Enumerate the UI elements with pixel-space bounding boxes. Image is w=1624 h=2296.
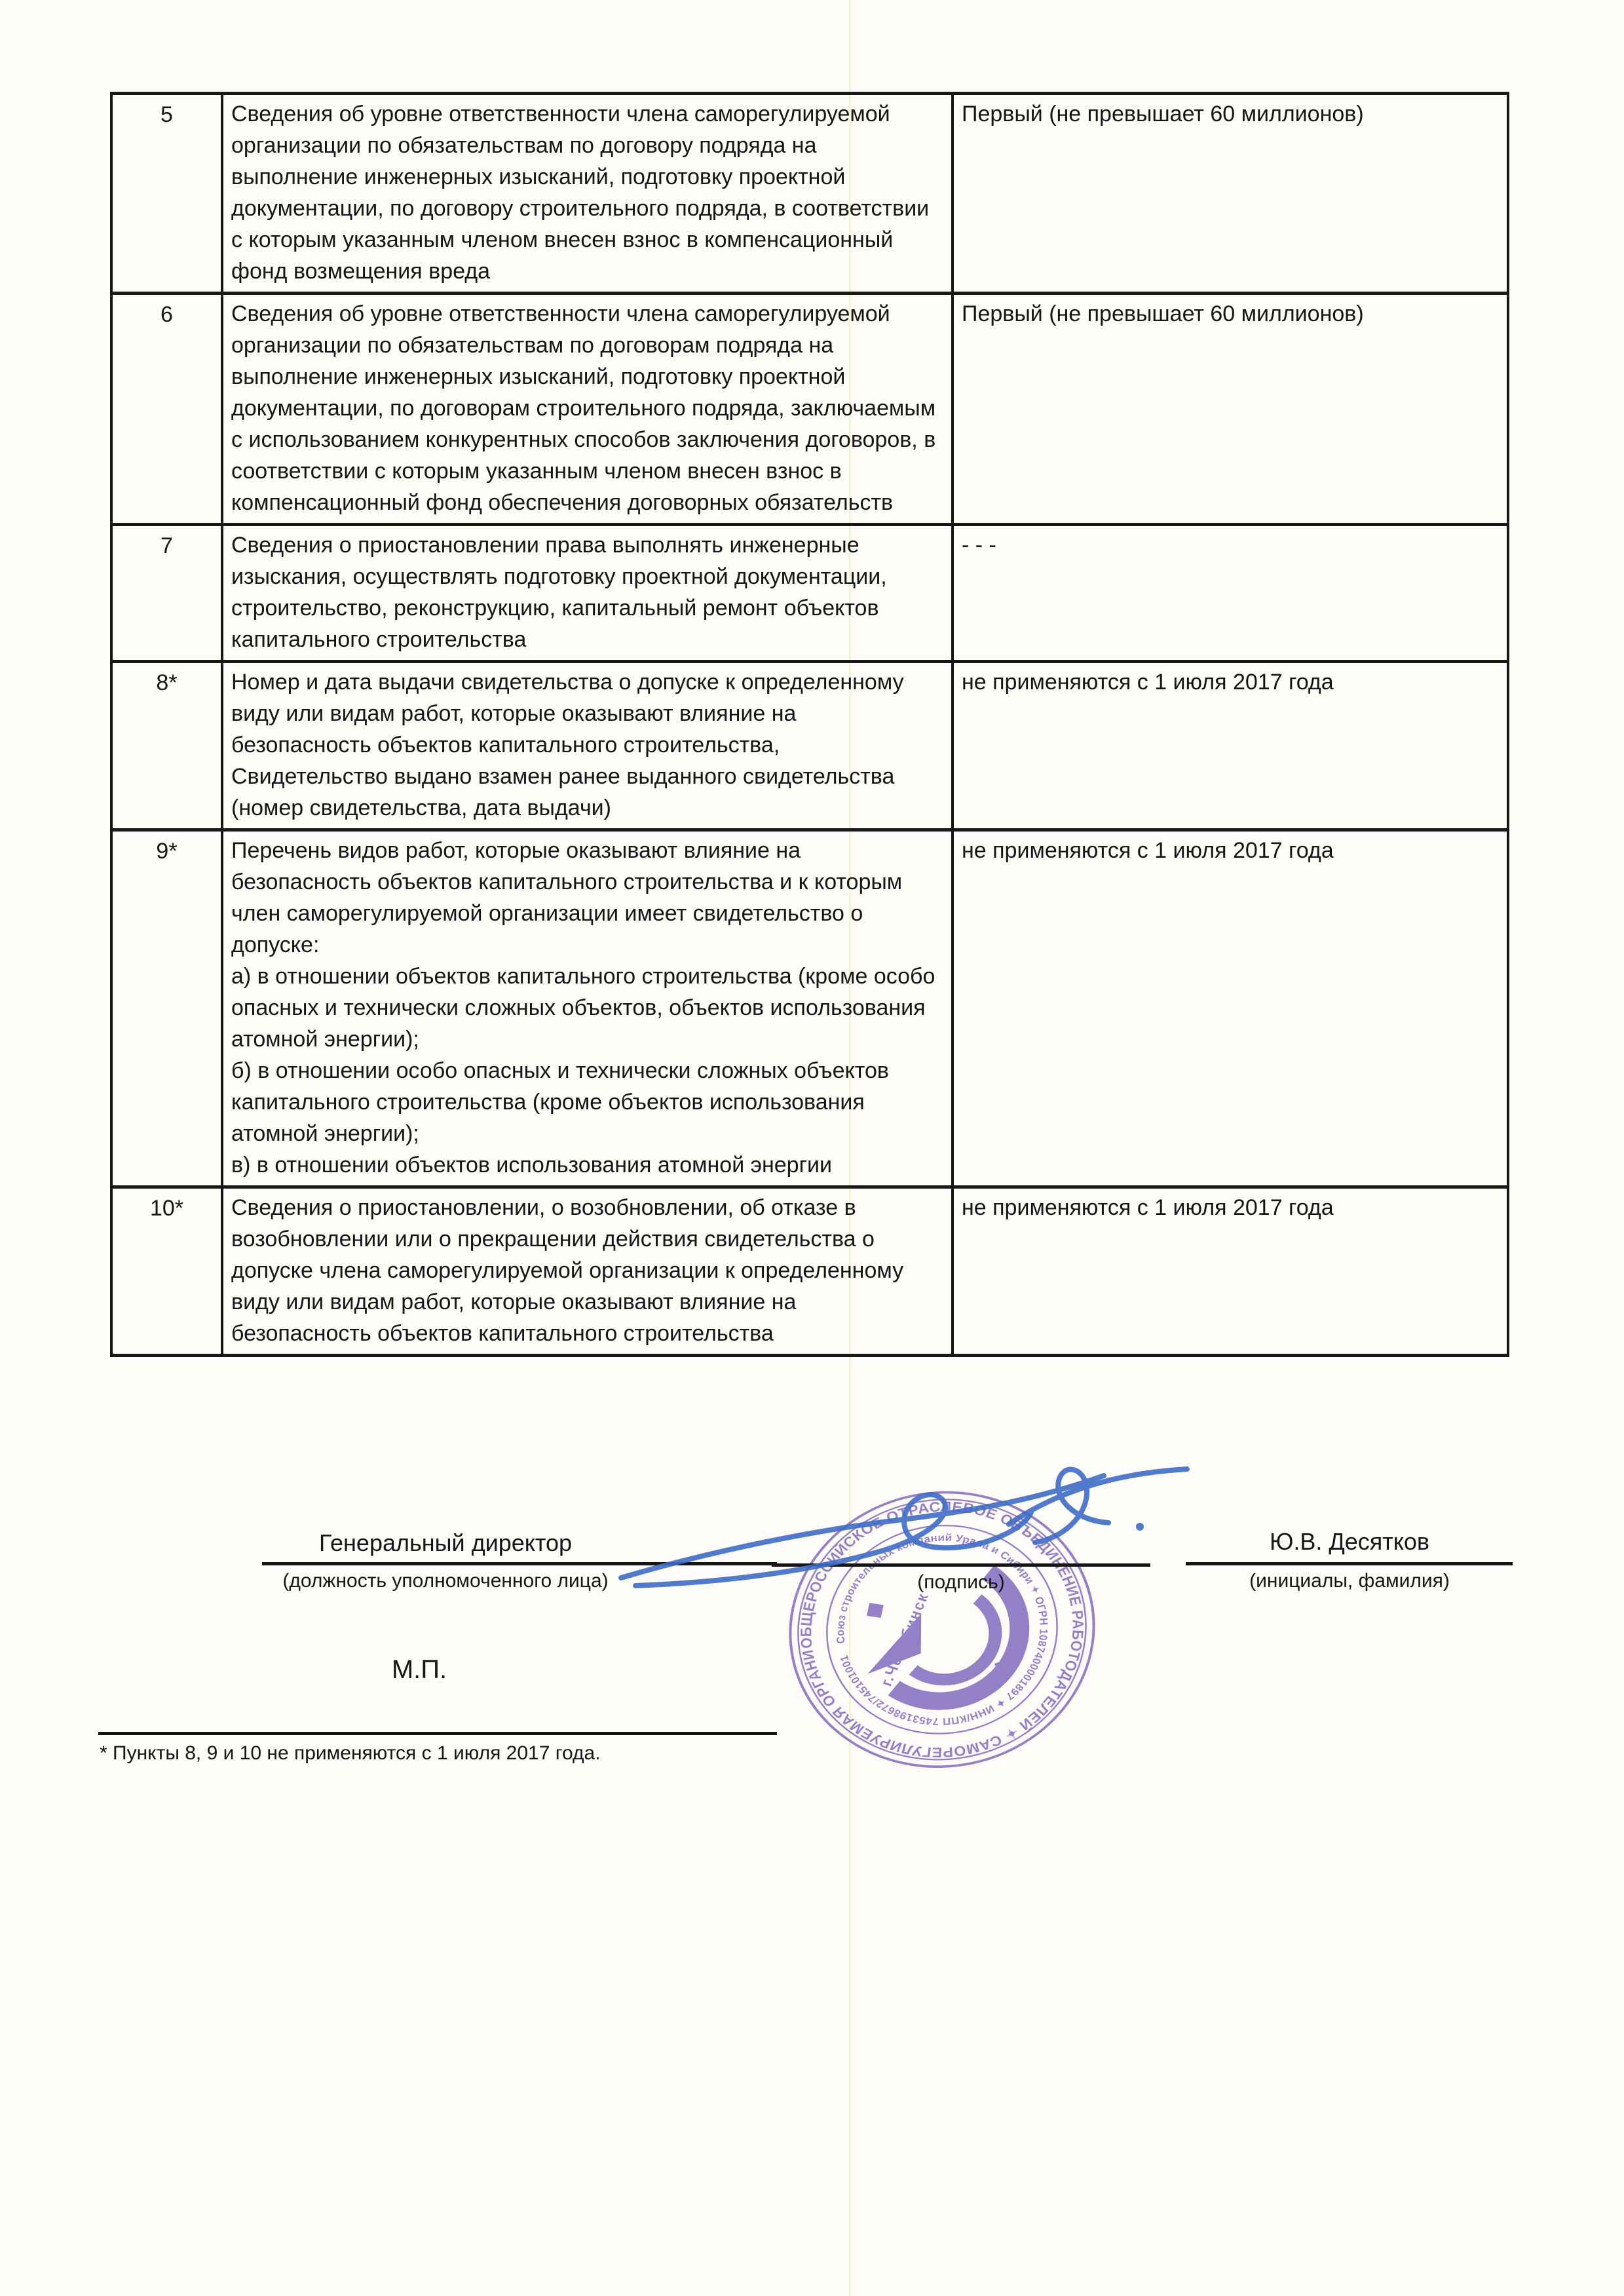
row-number: 6 [111,294,222,525]
row-number: 7 [111,525,222,662]
table-row: 5Сведения об уровне ответственности член… [111,94,1508,294]
footnote-rule [98,1732,777,1735]
row-number: 10* [111,1187,222,1356]
position-caption: (должность уполномоченного лица) [216,1570,675,1592]
table-body: 5Сведения об уровне ответственности член… [111,94,1508,1356]
row-description: Сведения о приостановлении, о возобновле… [222,1187,953,1356]
row-description: Перечень видов работ, которые оказывают … [222,830,953,1187]
table-row: 7Сведения о приостановлении права выполн… [111,525,1508,662]
name-underline [1186,1562,1513,1565]
row-description: Сведения о приостановлении права выполня… [222,525,953,662]
row-number: 8* [111,662,222,830]
table-row: 6Сведения об уровне ответственности член… [111,294,1508,525]
row-value: не применяются с 1 июля 2017 года [953,1187,1508,1356]
table-row: 10*Сведения о приостановлении, о возобно… [111,1187,1508,1356]
position-title: Генеральный директор [216,1529,675,1557]
seal-placeholder: М.П. [354,1655,485,1685]
row-number: 5 [111,94,222,294]
handwritten-signature-icon [616,1447,1192,1604]
name-caption: (инициалы, фамилия) [1186,1570,1513,1592]
row-value: не применяются с 1 июля 2017 года [953,830,1508,1187]
row-description: Сведения об уровне ответственности члена… [222,294,953,525]
table-row: 8*Номер и дата выдачи свидетельства о до… [111,662,1508,830]
row-value: Первый (не превышает 60 миллионов) [953,294,1508,525]
signer-name: Ю.В. Десятков [1186,1528,1513,1556]
registry-table: 5Сведения об уровне ответственности член… [110,92,1509,1357]
document-page: 5Сведения об уровне ответственности член… [0,0,1624,2296]
row-description: Сведения об уровне ответственности члена… [222,94,953,294]
row-value: Первый (не превышает 60 миллионов) [953,94,1508,294]
row-value: не применяются с 1 июля 2017 года [953,662,1508,830]
table-row: 9*Перечень видов работ, которые оказываю… [111,830,1508,1187]
row-value: - - - [953,525,1508,662]
row-description: Номер и дата выдачи свидетельства о допу… [222,662,953,830]
row-number: 9* [111,830,222,1187]
